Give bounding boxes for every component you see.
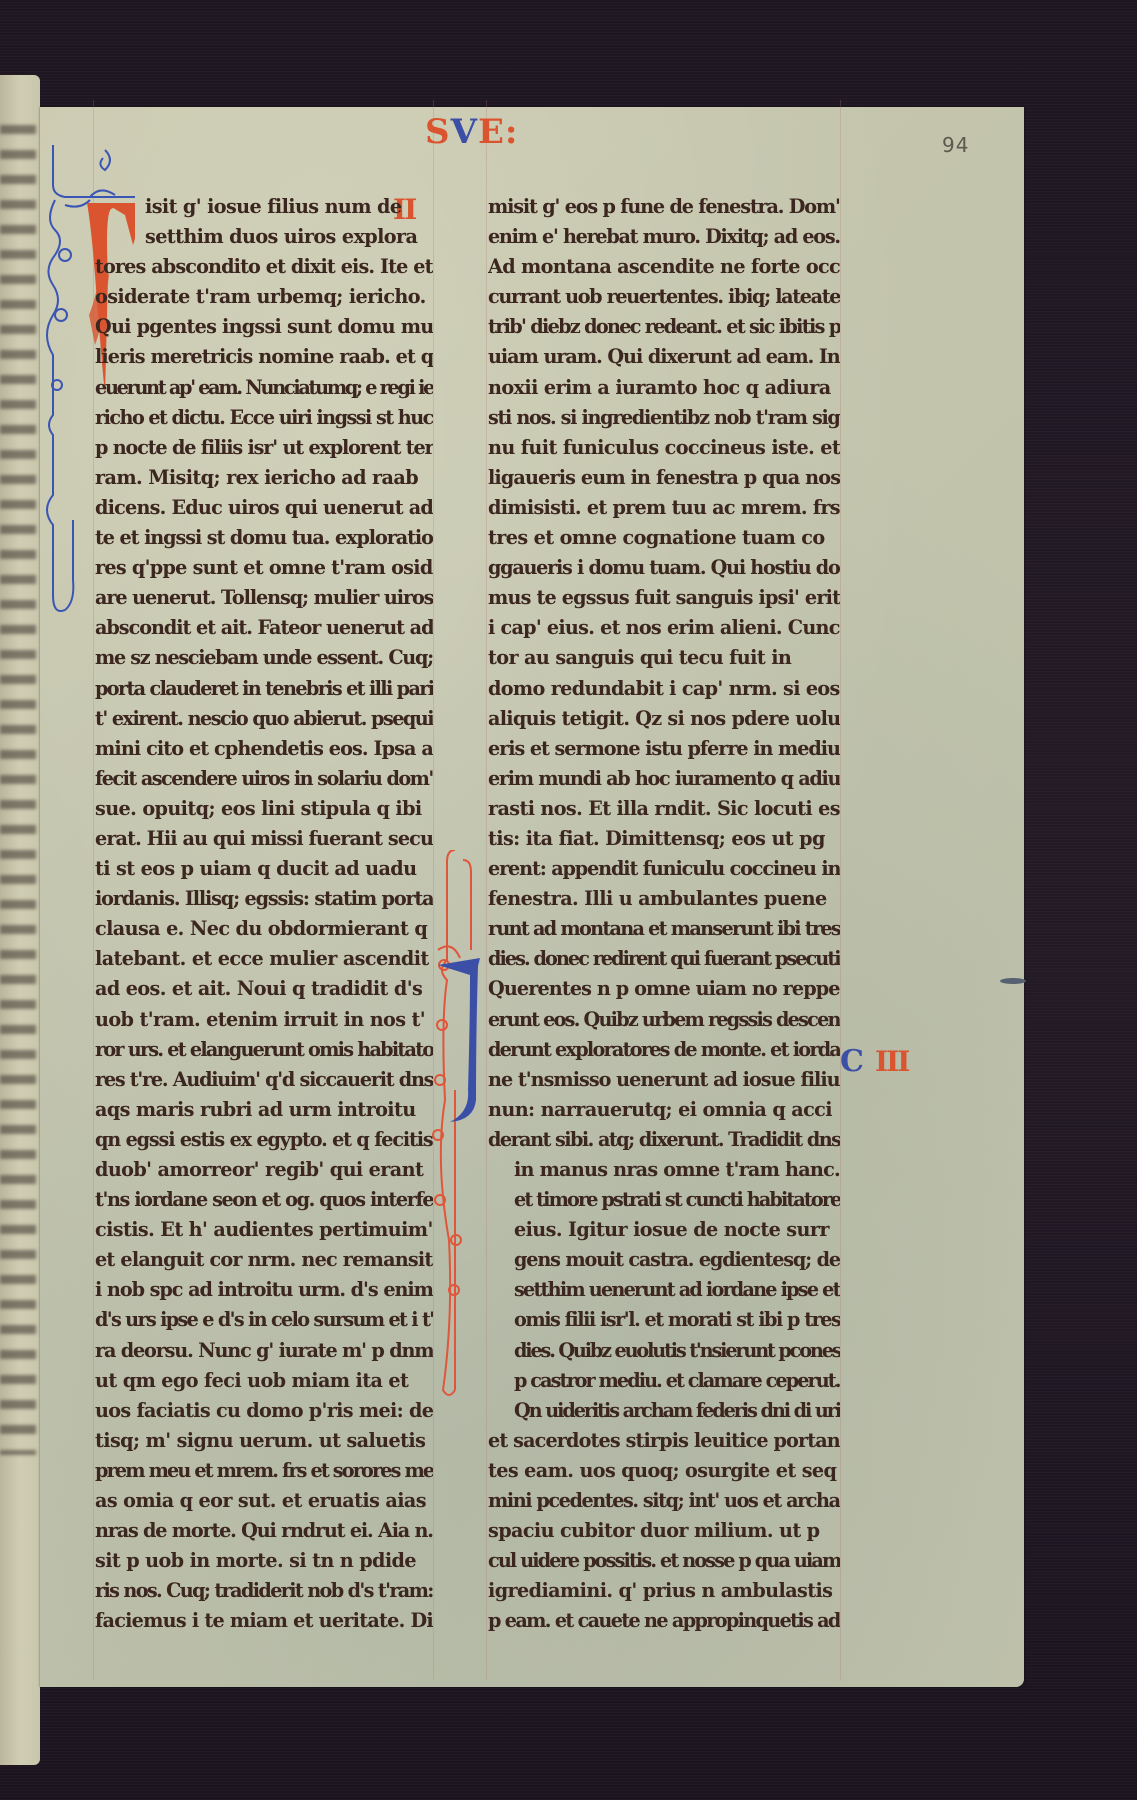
- text-line: tisq; m' signu uerum. ut saluetis: [95, 1426, 433, 1456]
- text-line: iordanis. Illisq; egssis: statim porta: [95, 884, 433, 914]
- text-line: p castror mediu. et clamare ceperut.: [488, 1366, 840, 1396]
- paragraph-mark: C: [840, 1044, 864, 1079]
- running-head-end: E:: [478, 112, 518, 152]
- left-text-column: isit g' iosue filius num desetthim duos …: [95, 192, 433, 1637]
- right-text-column: misit g' eos p fune de fenestra. Dom'eni…: [488, 192, 840, 1637]
- text-line: faciemus i te miam et ueritate. Di: [95, 1606, 433, 1636]
- text-line: trib' diebz donec redeant. et sic ibitis…: [488, 312, 840, 342]
- chapter-number-iii-text: III: [875, 1045, 908, 1078]
- text-line: i nob spc ad introitu urm. d's enim: [95, 1275, 433, 1305]
- text-line: eius. Igitur iosue de nocte surr: [488, 1215, 840, 1245]
- text-line: noxii erim a iuramto hoc q adiura: [488, 373, 840, 403]
- text-line: eris et sermone istu pferre in mediu: [488, 734, 840, 764]
- text-line: ad eos. et ait. Noui q tradidit d's: [95, 974, 433, 1004]
- text-line: et sacerdotes stirpis leuitice portan: [488, 1426, 840, 1456]
- text-line: uiam uram. Qui dixerunt ad eam. In: [488, 342, 840, 372]
- text-line: p nocte de filiis isr' ut explorent ter: [95, 433, 433, 463]
- text-line: setthim duos uiros explora: [95, 222, 433, 252]
- text-line: nras de morte. Qui rndrut ei. Aia n.: [95, 1516, 433, 1546]
- text-line: spaciu cubitor duor milium. ut p: [488, 1516, 840, 1546]
- text-line: ut qm ego feci uob miam ita et: [95, 1366, 433, 1396]
- text-line: me sz nesciebam unde essent. Cuq;: [95, 643, 433, 673]
- text-line: erim mundi ab hoc iuramento q adiu: [488, 764, 840, 794]
- text-line: in manus nras omne t'ram hanc.: [488, 1155, 840, 1185]
- text-line: domo redundabit i cap' nrm. si eos: [488, 674, 840, 704]
- text-line: are uenerut. Tollensq; mulier uiros: [95, 583, 433, 613]
- text-line: sit p uob in morte. si tn n pdide: [95, 1546, 433, 1576]
- running-head: SVE:: [425, 112, 518, 152]
- text-line: igrediamini. q' prius n ambulastis: [488, 1576, 840, 1606]
- text-line: porta clauderet in tenebris et illi pari: [95, 674, 433, 704]
- text-line: euerunt ap' eam. Nunciatumq; e regi ie: [95, 373, 433, 403]
- text-line: derant sibi. atq; dixerunt. Tradidit dns: [488, 1125, 840, 1155]
- text-line: as omia q eor sut. et eruatis aias: [95, 1486, 433, 1516]
- text-line: aliquis tetigit. Qz si nos pdere uolu: [488, 704, 840, 734]
- running-head-blue: V: [451, 112, 478, 152]
- text-line: gens mouit castra. egdientesq; de: [488, 1245, 840, 1275]
- text-line: fenestra. Illi u ambulantes puene: [488, 884, 840, 914]
- text-line: et elanguit cor nrm. nec remansit: [95, 1245, 433, 1275]
- text-line: erunt eos. Quibz urbem regssis descen: [488, 1005, 840, 1035]
- show-through-text: [0, 125, 36, 1455]
- text-line: erat. Hii au qui missi fuerant secu: [95, 824, 433, 854]
- text-line: Qui pgentes ingssi sunt domu mu: [95, 312, 433, 342]
- text-line: mus te egssus fuit sanguis ipsi' erit: [488, 583, 840, 613]
- text-line: misit g' eos p fune de fenestra. Dom': [488, 192, 840, 222]
- text-line: qn egssi estis ex egypto. et q fecitis: [95, 1125, 433, 1155]
- text-line: mini cito et cphendetis eos. Ipsa a: [95, 734, 433, 764]
- text-line: t'ns iordane seon et og. quos interfe: [95, 1185, 433, 1215]
- text-line: erent: appendit funiculu coccineu in: [488, 854, 840, 884]
- text-line: p eam. et cauete ne appropinquetis ad: [488, 1606, 840, 1636]
- text-line: ror urs. et elanguerunt omis habitato: [95, 1035, 433, 1065]
- text-line: nu fuit funiculus coccineus iste. et: [488, 433, 840, 463]
- text-line: latebant. et ecce mulier ascendit: [95, 944, 433, 974]
- text-line: uos faciatis cu domo p'ris mei: de: [95, 1396, 433, 1426]
- text-line: res q'ppe sunt et omne t'ram osid: [95, 553, 433, 583]
- text-line: et timore pstrati st cuncti habitatore: [488, 1185, 840, 1215]
- text-line: duob' amorreor' regib' qui erant: [95, 1155, 433, 1185]
- text-line: tres et omne cognatione tuam co: [488, 523, 840, 553]
- text-line: rasti nos. Et illa rndit. Sic locuti es: [488, 794, 840, 824]
- chapter-number-iii: III: [875, 1045, 908, 1078]
- text-line: tores abscondito et dixit eis. Ite et: [95, 252, 433, 282]
- text-line: fecit ascendere uiros in solariu dom': [95, 764, 433, 794]
- text-line: dicens. Educ uiros qui uenerut ad: [95, 493, 433, 523]
- text-line: ra deorsu. Nunc g' iurate m' p dnm: [95, 1336, 433, 1366]
- text-line: res t're. Audiuim' q'd siccauerit dns: [95, 1065, 433, 1095]
- text-line: sue. opuitq; eos lini stipula q ibi: [95, 794, 433, 824]
- text-line: currant uob reuertentes. ibiq; lateate: [488, 282, 840, 312]
- text-line: tes eam. uos quoq; osurgite et seq: [488, 1456, 840, 1486]
- text-line: ram. Misitq; rex iericho ad raab: [95, 463, 433, 493]
- text-line: nun: narrauerutq; ei omnia q acci: [488, 1095, 840, 1125]
- edge-tab-mark: [1000, 978, 1026, 984]
- text-line: sti nos. si ingredientibz nob t'ram sig: [488, 403, 840, 433]
- text-line: tis: ita fiat. Dimittensq; eos ut pg: [488, 824, 840, 854]
- text-line: uob t'ram. etenim irruit in nos t': [95, 1005, 433, 1035]
- text-line: osiderate t'ram urbemq; iericho.: [95, 282, 433, 312]
- text-line: dies. donec redirent qui fuerant psecuti: [488, 944, 840, 974]
- text-line: ggaueris i domu tuam. Qui hostiu do: [488, 553, 840, 583]
- text-line: isit g' iosue filius num de: [95, 192, 433, 222]
- text-line: abscondit et ait. Fateor uenerut ad: [95, 613, 433, 643]
- text-line: te et ingssi st domu tua. exploratio: [95, 523, 433, 553]
- text-line: ris nos. Cuq; tradiderit nob d's t'ram:: [95, 1576, 433, 1606]
- text-line: runt ad montana et manserunt ibi tres: [488, 914, 840, 944]
- text-line: tor au sanguis qui tecu fuit in: [488, 643, 840, 673]
- text-line: t' exirent. nescio quo abierut. psequi: [95, 704, 433, 734]
- text-line: omis filii isr'l. et morati st ibi p tre…: [488, 1305, 840, 1335]
- previous-page-edge: [0, 75, 40, 1765]
- text-line: lieris meretricis nomine raab. et q: [95, 342, 433, 372]
- text-line: i cap' eius. et nos erim alieni. Cunc: [488, 613, 840, 643]
- text-line: richo et dictu. Ecce uiri ingssi st huc: [95, 403, 433, 433]
- text-line: Ad montana ascendite ne forte occ: [488, 252, 840, 282]
- text-line: ne t'nsmisso uenerunt ad iosue filiu: [488, 1065, 840, 1095]
- text-line: clausa e. Nec du obdormierant q: [95, 914, 433, 944]
- folio-number: 94: [942, 133, 969, 157]
- text-line: cistis. Et h' audientes pertimuim': [95, 1215, 433, 1245]
- text-line: d's urs ipse e d's in celo sursum et i t…: [95, 1305, 433, 1335]
- running-head-red: S: [425, 112, 451, 152]
- text-line: aqs maris rubri ad urm introitu: [95, 1095, 433, 1125]
- text-line: dimisisti. et prem tuu ac mrem. frs: [488, 493, 840, 523]
- ruling-line: [840, 100, 841, 1680]
- text-line: Querentes n p omne uiam no reppe: [488, 974, 840, 1004]
- text-line: ligaueris eum in fenestra p qua nos: [488, 463, 840, 493]
- text-line: dies. Quibz euolutis t'nsierunt pcones: [488, 1336, 840, 1366]
- text-line: mini pcedentes. sitq; int' uos et archa: [488, 1486, 840, 1516]
- text-line: derunt exploratores de monte. et iorda: [488, 1035, 840, 1065]
- text-line: cul uidere possitis. et nosse p qua uiam: [488, 1546, 840, 1576]
- text-line: setthim uenerunt ad iordane ipse et: [488, 1275, 840, 1305]
- text-line: enim e' herebat muro. Dixitq; ad eos.: [488, 222, 840, 252]
- text-line: prem meu et mrem. frs et sorores me: [95, 1456, 433, 1486]
- text-line: ti st eos p uiam q ducit ad uadu: [95, 854, 433, 884]
- text-line: Qn uideritis archam federis dni di uri: [488, 1396, 840, 1426]
